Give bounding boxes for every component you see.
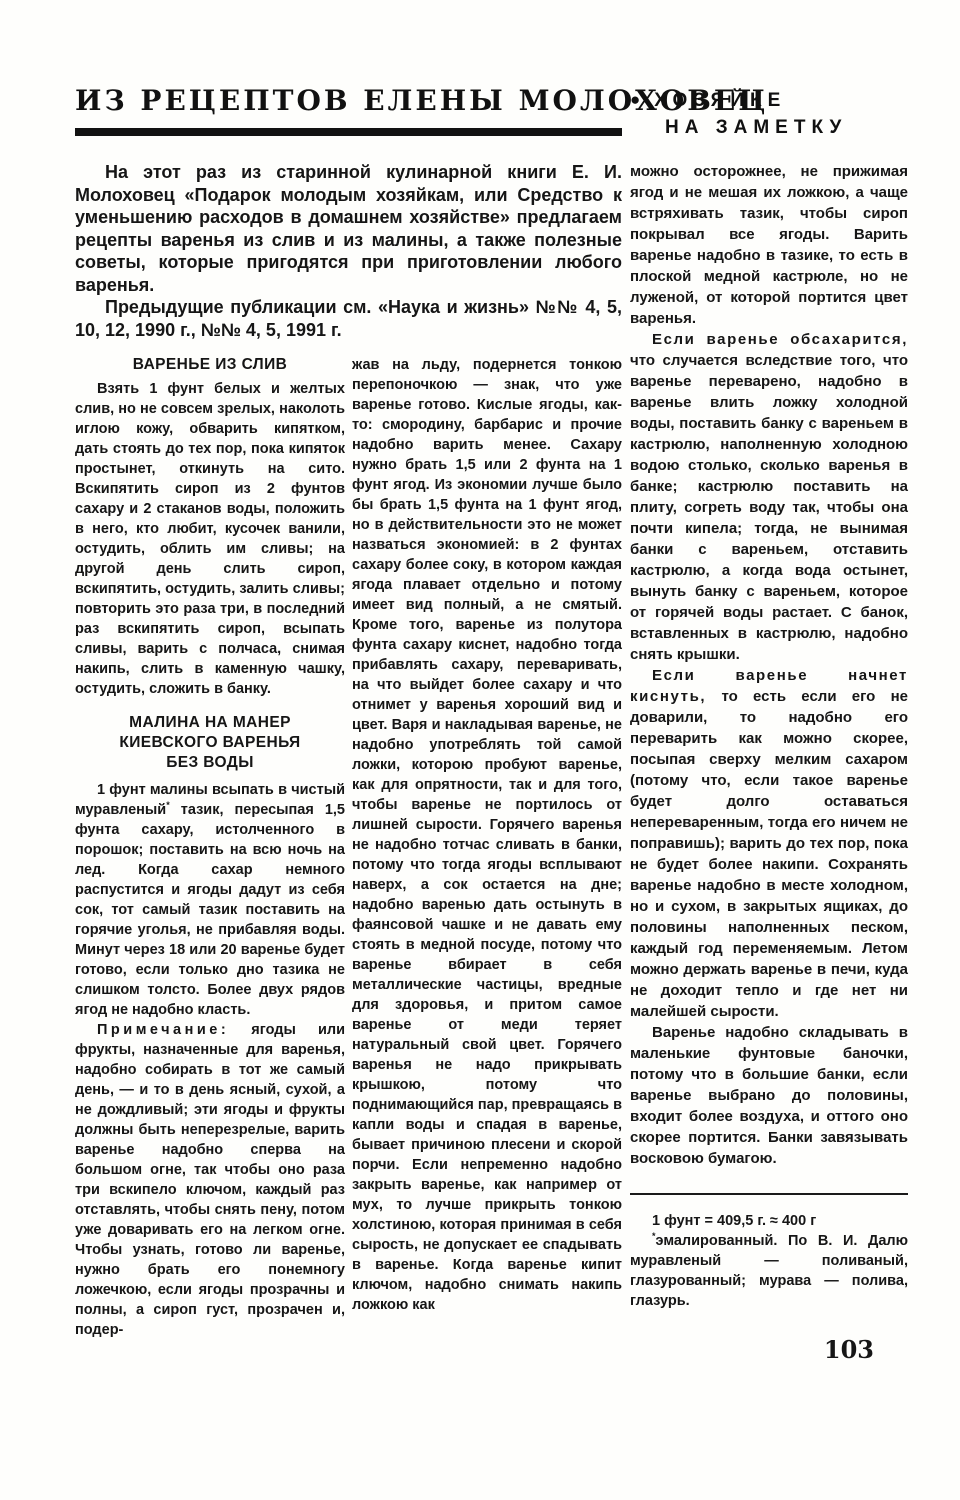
recipe-heading-plums: ВАРЕНЬЕ ИЗ СЛИВ bbox=[75, 355, 345, 375]
footnote-enameled: *эмалированный. По В. И. Далю муравленый… bbox=[630, 1231, 908, 1311]
page-body: На этот раз из старинной кулинарной книг… bbox=[75, 161, 908, 1360]
article-column-2: жав на льду, подернется тонкою перепоноч… bbox=[352, 355, 622, 1340]
footnote-pound-conversion: 1 фунт = 409,5 г. ≈ 400 г bbox=[630, 1211, 908, 1231]
article-intro: На этот раз из старинной кулинарной книг… bbox=[75, 161, 622, 341]
masthead-title: ИЗ РЕЦЕПТОВ ЕЛЕНЫ МОЛОХОВЕЦ bbox=[75, 84, 622, 117]
rubric-header: ●ХОЗЯЙКЕ НА ЗАМЕТКУ bbox=[630, 84, 908, 141]
page-header: ИЗ РЕЦЕПТОВ ЕЛЕНЫ МОЛОХОВЕЦ ●ХОЗЯЙКЕ НА … bbox=[75, 84, 908, 141]
recipes-article: На этот раз из старинной кулинарной книг… bbox=[75, 161, 622, 1360]
recipe-raspberry-paragraph: 1 фунт малины всыпать в чистый муравлены… bbox=[75, 780, 345, 1020]
paragraph-text: то есть если его не доварили, то надобно… bbox=[630, 688, 908, 1020]
article-column-1: ВАРЕНЬЕ ИЗ СЛИВ Взять 1 фунт белых и жел… bbox=[75, 355, 345, 1340]
advice-paragraph-3: Если варенье начнет киснуть, то есть есл… bbox=[630, 665, 908, 1022]
paragraph-text: тазик, пересыпая 1,5 фунта сахару, истол… bbox=[75, 802, 345, 1018]
intro-paragraph-2: Предыдущие публикации см. «Наука и жизнь… bbox=[75, 296, 622, 341]
advice-lead-sugared: Если варенье обсахарится, bbox=[652, 331, 908, 348]
heading-line: МАЛИНА НА МАНЕР bbox=[75, 713, 345, 733]
bullet-icon: ● bbox=[630, 90, 654, 109]
rubric-line-1: ●ХОЗЯЙКЕ bbox=[630, 86, 908, 114]
page-number: 103 bbox=[630, 1339, 908, 1360]
advice-paragraph-1: можно осторожнее, не прижимая ягод и не … bbox=[630, 161, 908, 329]
magazine-page: ИЗ РЕЦЕПТОВ ЕЛЕНЫ МОЛОХОВЕЦ ●ХОЗЯЙКЕ НА … bbox=[0, 0, 960, 1500]
heading-line: КИЕВСКОГО ВАРЕНЬЯ bbox=[75, 733, 345, 753]
advice-paragraph-2: Если варенье обсахарится, что случается … bbox=[630, 329, 908, 665]
rubric-word-1: ХОЗЯЙКЕ bbox=[654, 90, 786, 111]
footnote-divider bbox=[630, 1193, 908, 1195]
footnotes: 1 фунт = 409,5 г. ≈ 400 г *эмалированный… bbox=[630, 1211, 908, 1311]
rubric-line-2: НА ЗАМЕТКУ bbox=[630, 114, 908, 141]
advice-column: можно осторожнее, не прижимая ягод и не … bbox=[630, 161, 908, 1360]
note-paragraph: Примечание: ягоды или фрукты, назначенны… bbox=[75, 1020, 345, 1340]
footnote-text: эмалированный. По В. И. Далю муравленый … bbox=[630, 1233, 908, 1309]
article-columns: ВАРЕНЬЕ ИЗ СЛИВ Взять 1 фунт белых и жел… bbox=[75, 355, 622, 1340]
recipe-heading-raspberry: МАЛИНА НА МАНЕР КИЕВСКОГО ВАРЕНЬЯ БЕЗ ВО… bbox=[75, 713, 345, 773]
masthead-rule bbox=[75, 128, 622, 136]
masthead: ИЗ РЕЦЕПТОВ ЕЛЕНЫ МОЛОХОВЕЦ bbox=[75, 84, 622, 136]
advice-paragraph-4: Варенье надобно складывать в маленькие ф… bbox=[630, 1022, 908, 1169]
intro-paragraph-1: На этот раз из старинной кулинарной книг… bbox=[75, 161, 622, 296]
paragraph-text: что случается вследствие того, что варен… bbox=[630, 352, 908, 663]
paragraph-text: ягоды или фрукты, назначенные для варень… bbox=[75, 1022, 345, 1338]
column-continuation-paragraph: жав на льду, подернется тонкою перепоноч… bbox=[352, 355, 622, 1315]
recipe-plums-paragraph: Взять 1 фунт белых и желтых слив, но не … bbox=[75, 379, 345, 699]
note-lead: Примечание: bbox=[97, 1022, 229, 1038]
heading-line: БЕЗ ВОДЫ bbox=[75, 753, 345, 773]
